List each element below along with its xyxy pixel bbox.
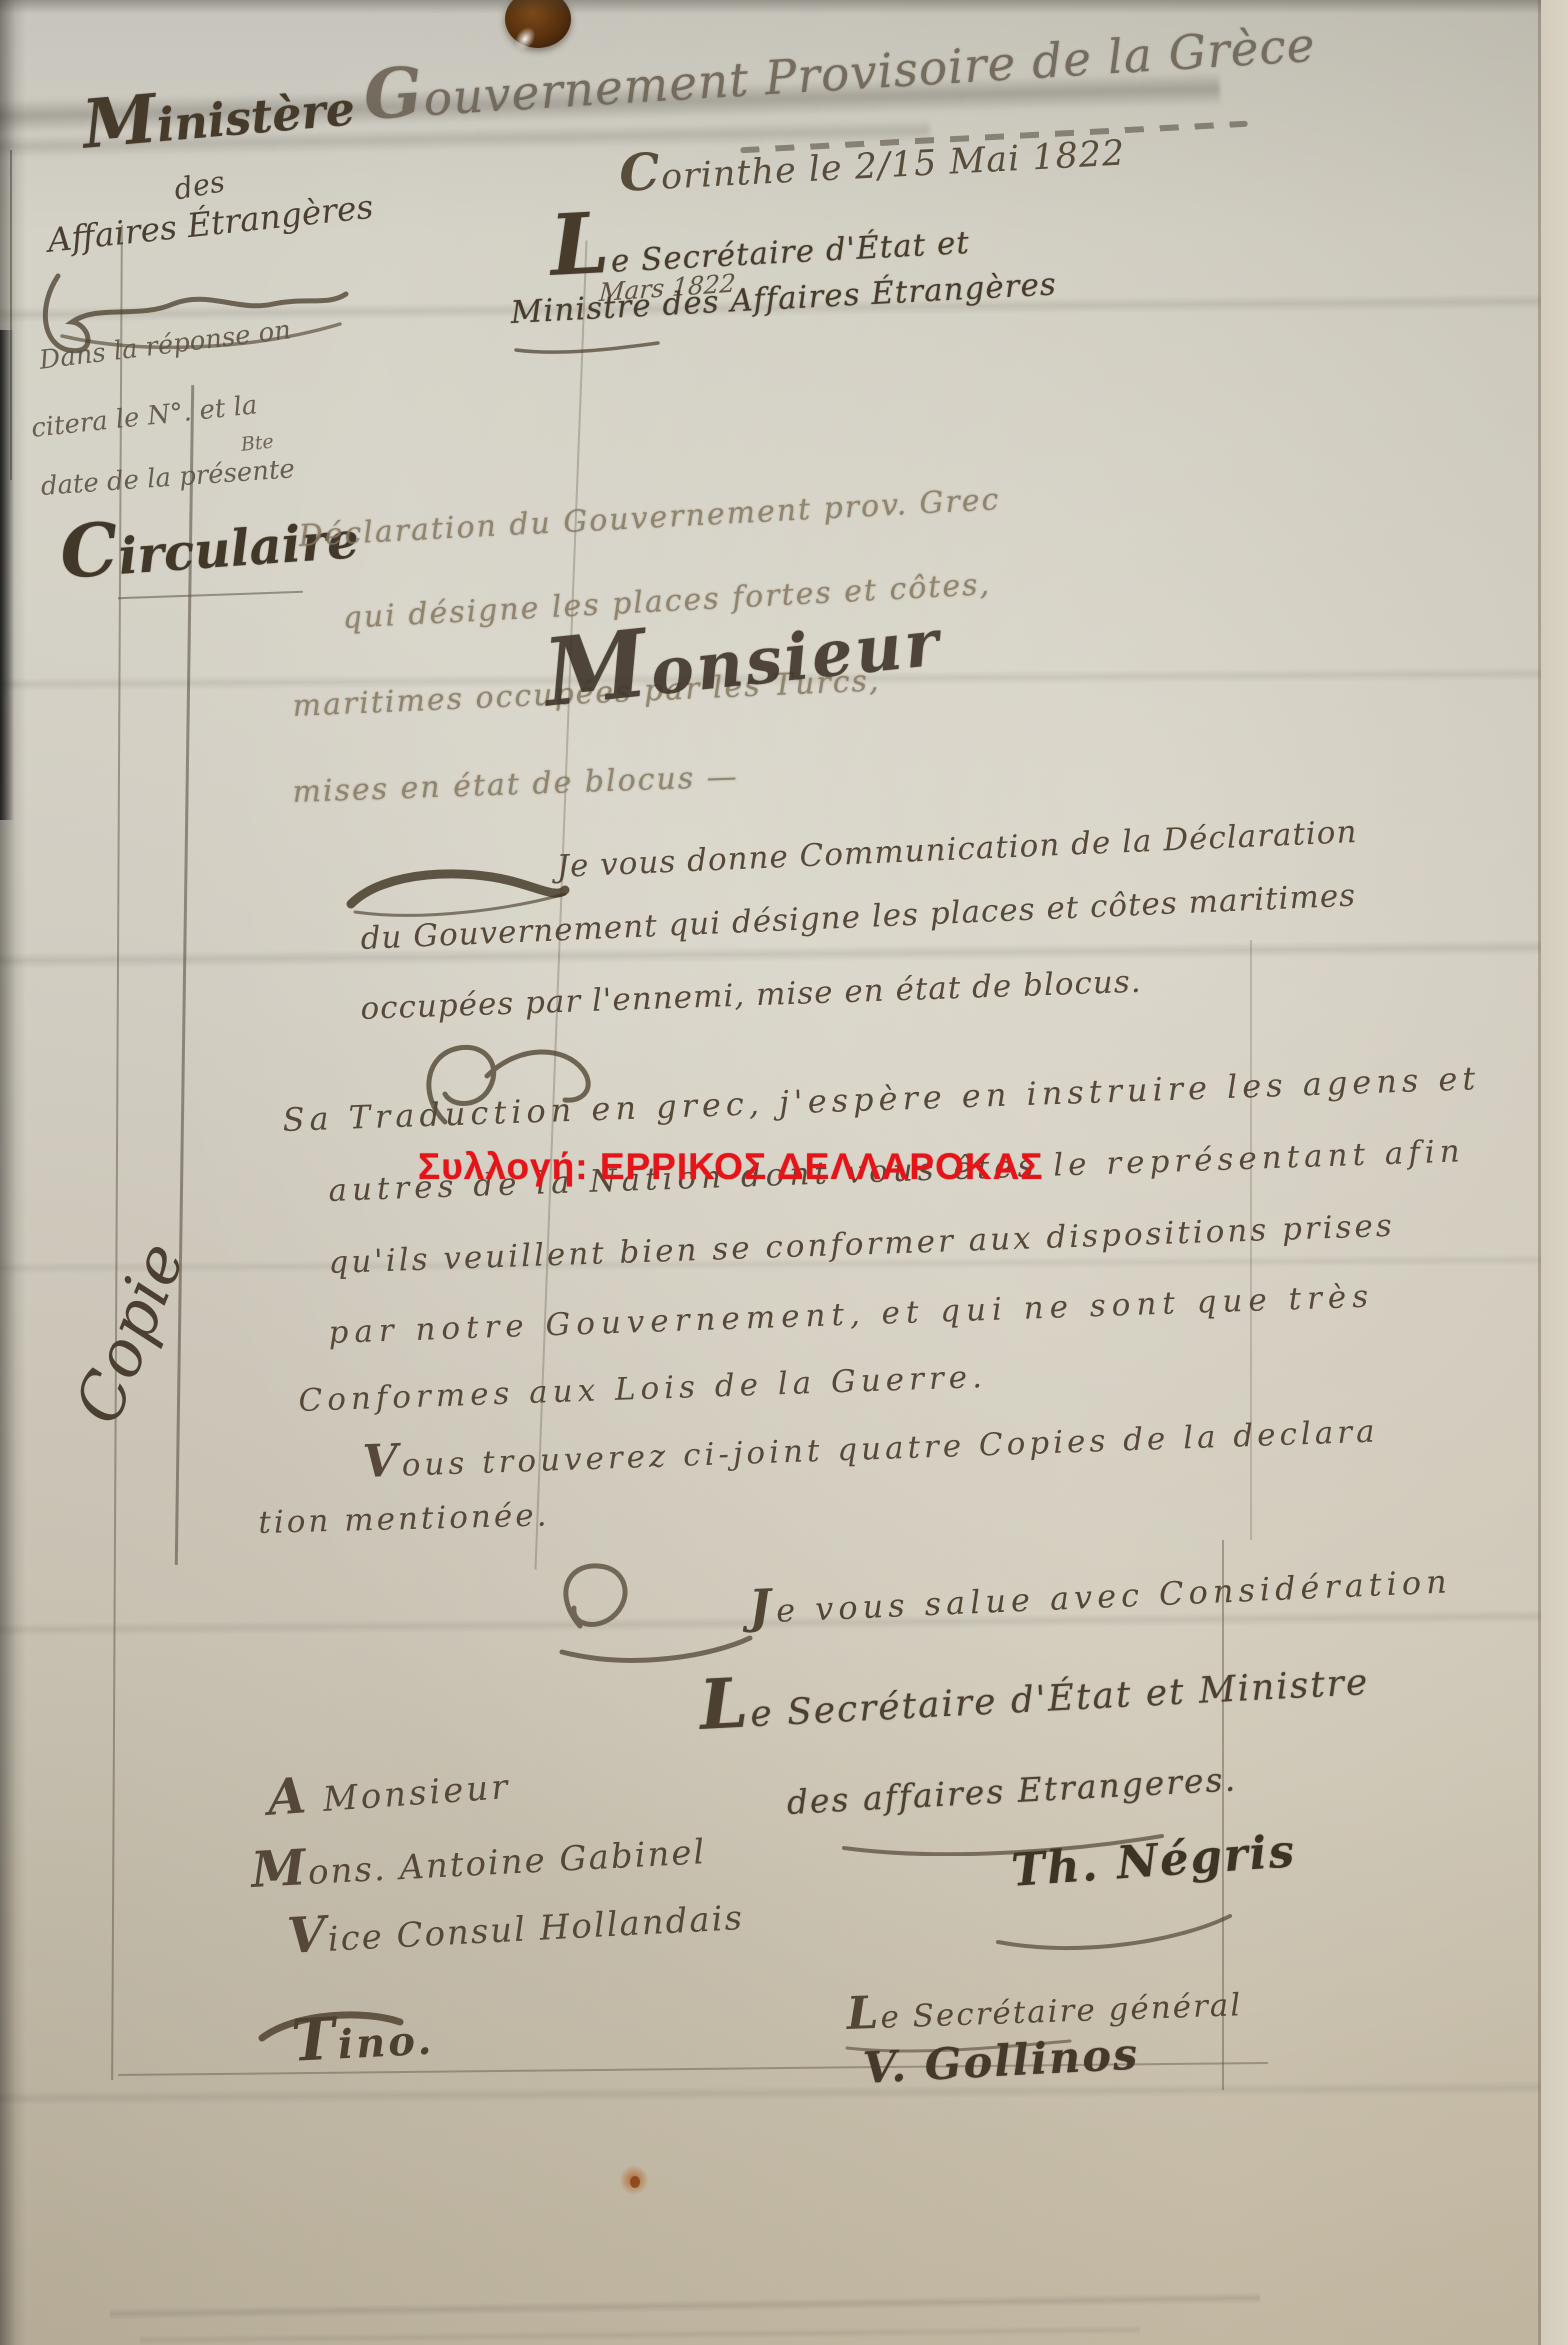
ministre-underline-flourish xyxy=(512,340,662,354)
sender-title-line1: Le Secrétaire d'État et xyxy=(548,182,971,288)
document-photo: Ministère des Affaires Étrangères Dans l… xyxy=(0,0,1568,2345)
salute-loop-flourish xyxy=(542,1556,757,1668)
closing-title-line2: des affaires Etrangeres. xyxy=(786,1762,1238,1819)
crease-line xyxy=(0,939,1568,969)
body-p3-line1: Vous trouverez ci-joint quatre Copies de… xyxy=(362,1405,1379,1485)
frame-line-left xyxy=(111,225,123,2080)
body-p1-line1: Je vous donne Communication de la Déclar… xyxy=(556,817,1358,883)
crease-line xyxy=(0,2081,1568,2106)
address-line4: Tino. xyxy=(290,2005,435,2070)
address-line2: Mons. Antoine Gabinel xyxy=(250,1822,707,1895)
body-p2-line5: Conformes aux Lois de la Guerre. xyxy=(298,1362,987,1417)
address-line3: Vice Consul Hollandais xyxy=(286,1888,745,1961)
secretary-general-title: Le Secrétaire général xyxy=(846,1978,1243,2037)
margin-note-line2: citera le N°. et la xyxy=(30,392,259,442)
body-p1-line3: occupées par l'ennemi, mise en état de b… xyxy=(360,967,1142,1025)
margin-note-insert: Bte xyxy=(240,433,275,455)
address-line1: A Monsieur xyxy=(266,1757,512,1823)
ministry-name-line2: des xyxy=(172,167,227,204)
crease-line xyxy=(110,2292,1260,2320)
edge-rule xyxy=(10,150,12,480)
closing-title-line1: Le Secrétaire d'État et Ministre xyxy=(698,1637,1370,1740)
subject-line4: mises en état de blocus — xyxy=(292,762,739,808)
page-edge-right-line xyxy=(1538,0,1541,2345)
secretary-general-signature: V. Gollinos xyxy=(862,2034,1140,2091)
signature-swash-flourish xyxy=(992,1906,1237,1954)
closing-salute: Je vous salue avec Considération xyxy=(748,1553,1452,1630)
margin-note-line3: date de la présente xyxy=(40,456,296,500)
body-p2-line3: qu'ils veuillent bien se conformer aux d… xyxy=(328,1211,1395,1279)
copy-label: Copie xyxy=(66,1235,195,1432)
photo-edge-top xyxy=(0,0,1568,14)
collection-watermark: Συλλογή: ΕΡΡΙΚΟΣ ΔΕΛΛΑΡΟΚΑΣ xyxy=(418,1146,1044,1188)
underlying-sheet-right xyxy=(1541,0,1568,2345)
body-p3-line2: tion mentionée. xyxy=(258,1500,550,1539)
body-p2-line4: par notre Gouvernement, et qui ne sont q… xyxy=(328,1281,1375,1348)
subject-line1: Déclaration du Gouvernement prov. Grec xyxy=(298,485,1001,552)
margin-tick xyxy=(118,591,303,599)
rust-stain-dot xyxy=(630,2176,640,2188)
ministry-name-line1: Ministère xyxy=(80,68,357,158)
crease-line xyxy=(140,2325,1140,2345)
photo-edge-left xyxy=(0,0,26,2345)
